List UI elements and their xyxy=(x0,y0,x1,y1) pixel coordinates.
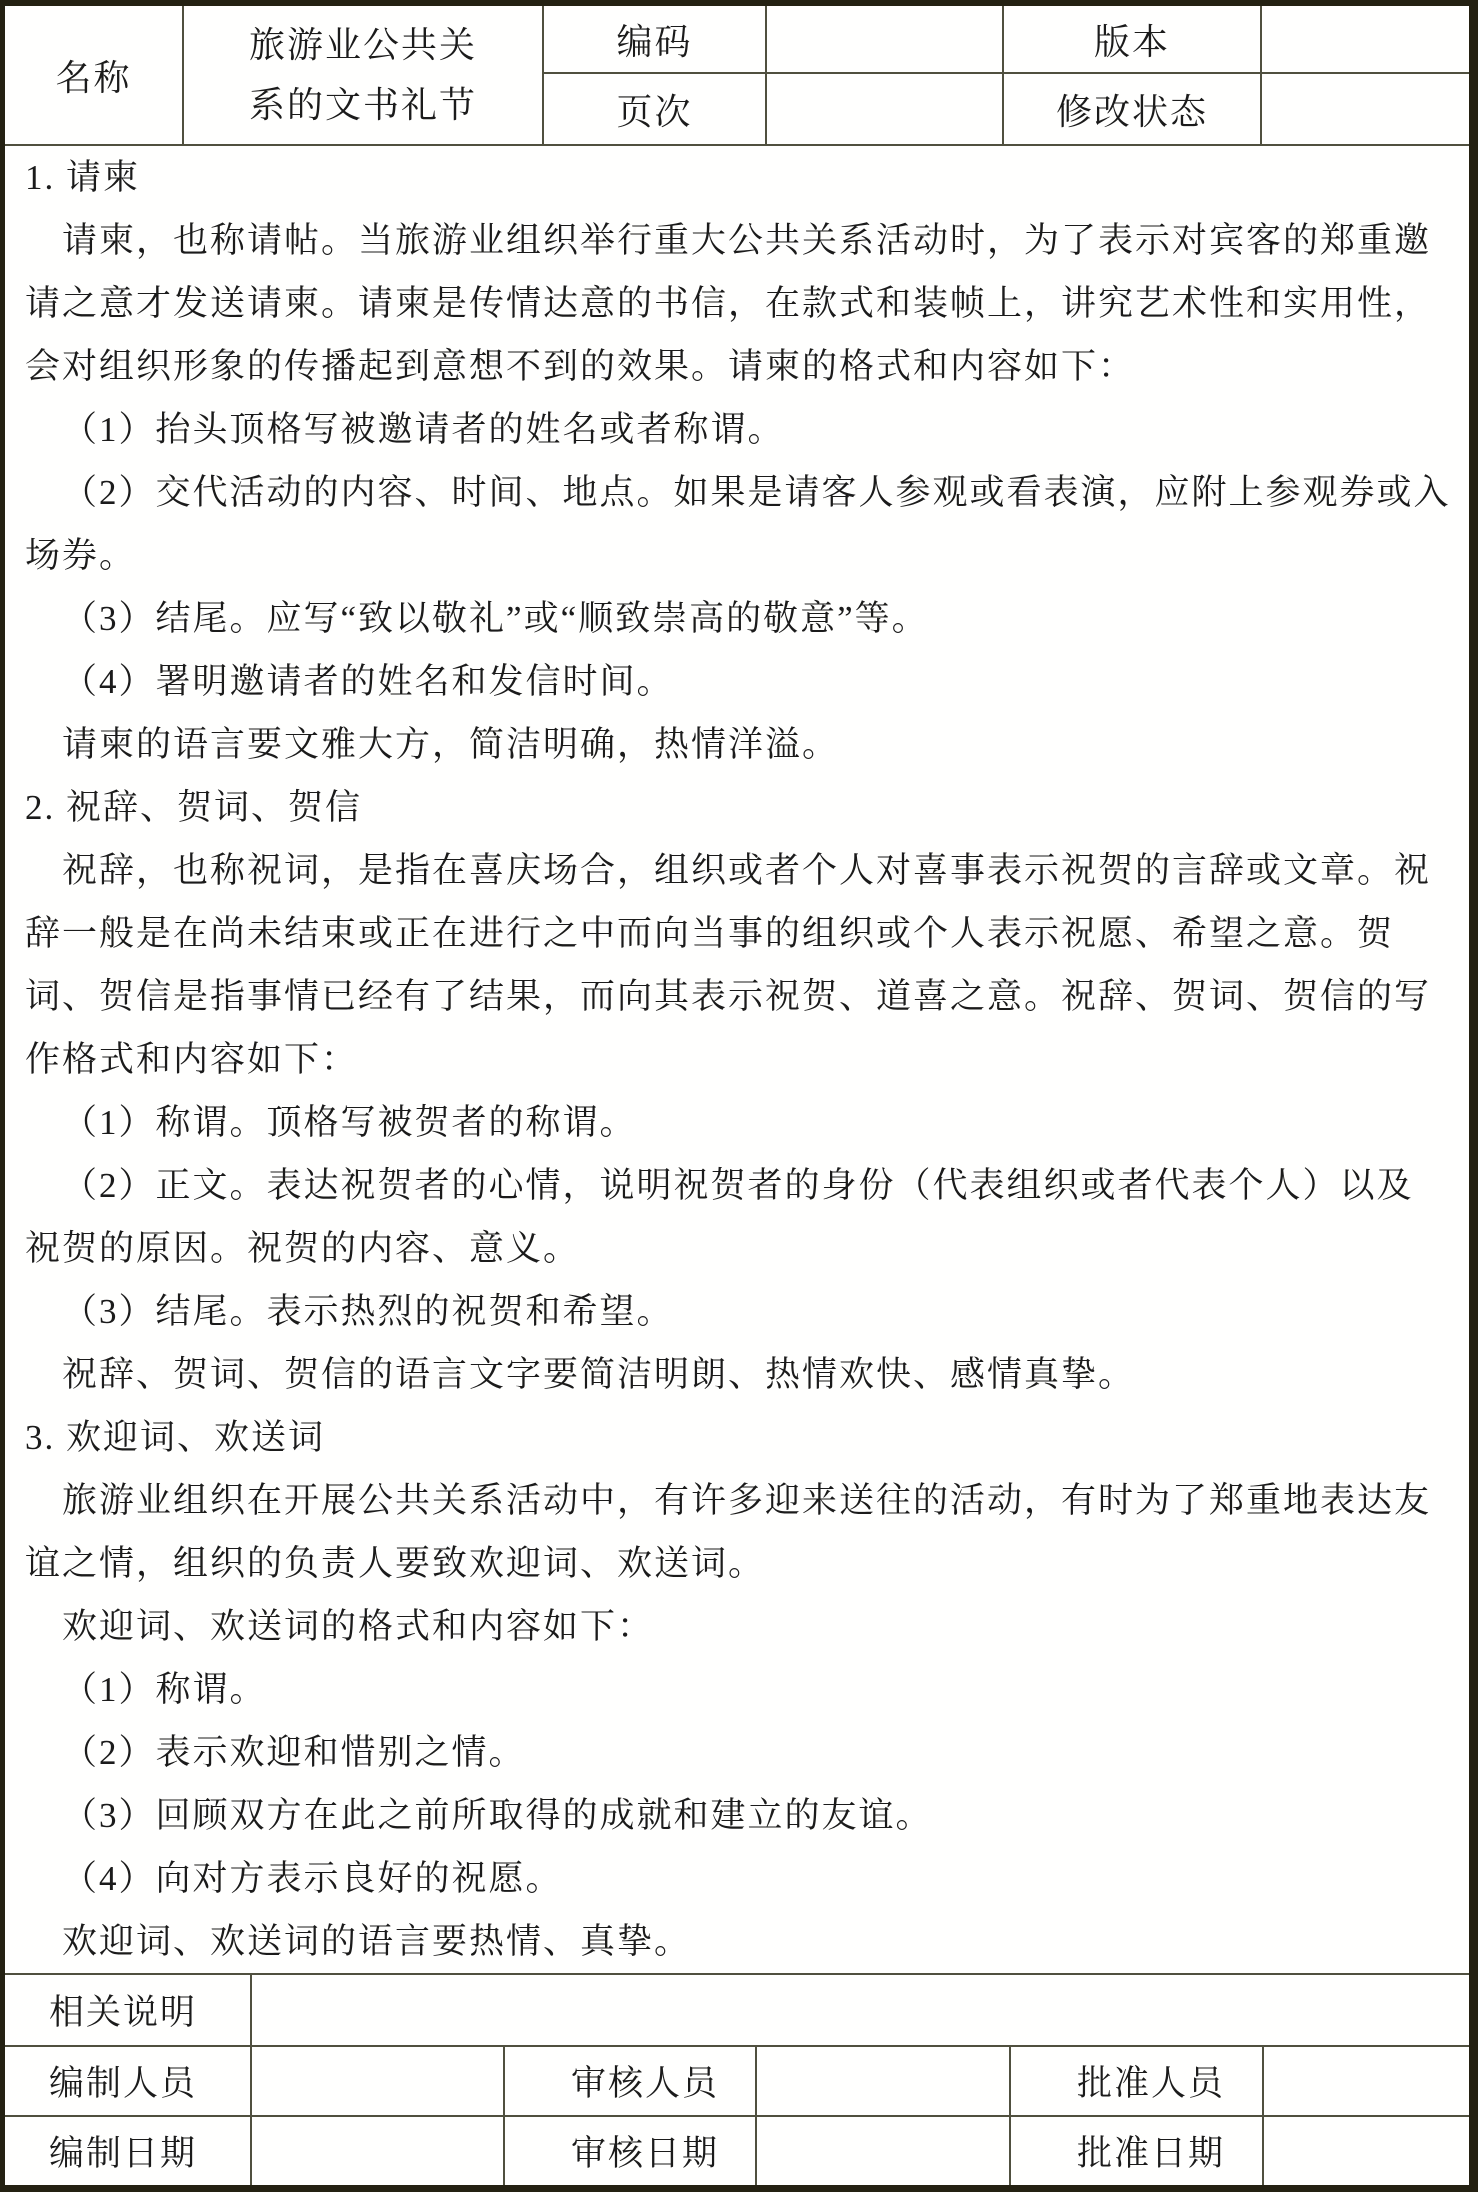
body-text-line: （2）表示欢迎和惜别之情。 xyxy=(25,1721,1455,1784)
body-text-line: 1. 请柬 xyxy=(25,146,1455,209)
body-text-line: 辞一般是在尚未结束或正在进行之中而向当事的组织或个人表示祝愿、希望之意。贺 xyxy=(25,902,1455,965)
body-text-line: 祝辞、贺词、贺信的语言文字要简洁明朗、热情欢快、感情真挚。 xyxy=(25,1343,1455,1406)
prepared-by-value-cell xyxy=(252,2045,505,2115)
body-text-line: 欢迎词、欢送词的语言要热情、真挚。 xyxy=(25,1910,1455,1973)
revision-value-cell xyxy=(1262,74,1469,146)
document-title-line2: 系的文书礼节 xyxy=(249,75,477,135)
body-text-line: （3）结尾。应写“致以敬礼”或“顺致崇高的敬意”等。 xyxy=(25,587,1455,650)
prepared-by-label-cell: 编制人员 xyxy=(5,2045,252,2115)
body-text-line: 旅游业组织在开展公共关系活动中，有许多迎来送往的活动，有时为了郑重地表达友 xyxy=(25,1469,1455,1532)
body-text-line: 2. 祝辞、贺词、贺信 xyxy=(25,776,1455,839)
body-text-line: （1）称谓。顶格写被贺者的称谓。 xyxy=(25,1091,1455,1154)
body-text-line: （3）回顾双方在此之前所取得的成就和建立的友谊。 xyxy=(25,1784,1455,1847)
approved-by-label-cell: 批准人员 xyxy=(1011,2045,1264,2115)
body-text-line: 场券。 xyxy=(25,524,1455,587)
body-text-line: 谊之情，组织的负责人要致欢迎词、欢送词。 xyxy=(25,1532,1455,1595)
personnel-row: 编制人员 审核人员 批准人员 xyxy=(5,2045,1469,2115)
document-table: 名称 旅游业公共关 系的文书礼节 编码 版本 页次 修改状态 1. 请柬请柬，也… xyxy=(5,6,1469,2185)
body-text-line: 3. 欢迎词、欢送词 xyxy=(25,1406,1455,1469)
body-text-line: （4）向对方表示良好的祝愿。 xyxy=(25,1847,1455,1910)
review-date-value-cell xyxy=(757,2115,1011,2185)
notes-value-cell xyxy=(252,1973,1469,2045)
prepared-date-label-cell: 编制日期 xyxy=(5,2115,252,2185)
review-date-label-cell: 审核日期 xyxy=(505,2115,757,2185)
document-title-cell: 旅游业公共关 系的文书礼节 xyxy=(184,6,544,146)
body-text-line: （2）交代活动的内容、时间、地点。如果是请客人参观或看表演，应附上参观券或入 xyxy=(25,461,1455,524)
scanned-document: { "header": { "name_label": "名称", "title… xyxy=(0,0,1478,2192)
code-label-cell: 编码 xyxy=(544,6,767,74)
body-text-line: 请柬，也称请帖。当旅游业组织举行重大公共关系活动时，为了表示对宾客的郑重邀 xyxy=(25,209,1455,272)
header-table: 名称 旅游业公共关 系的文书礼节 编码 版本 页次 修改状态 xyxy=(5,6,1469,146)
body-text-line: 请之意才发送请柬。请柬是传情达意的书信，在款式和装帧上，讲究艺术性和实用性， xyxy=(25,272,1455,335)
body-text-line: 祝辞，也称祝词，是指在喜庆场合，组织或者个人对喜事表示祝贺的言辞或文章。祝 xyxy=(25,839,1455,902)
body-text-line: 欢迎词、欢送词的格式和内容如下： xyxy=(25,1595,1455,1658)
notes-label-cell: 相关说明 xyxy=(5,1973,252,2045)
body-text-line: 祝贺的原因。祝贺的内容、意义。 xyxy=(25,1217,1455,1280)
body-text-line: （1）抬头顶格写被邀请者的姓名或者称谓。 xyxy=(25,398,1455,461)
notes-row: 相关说明 xyxy=(5,1973,1469,2045)
body-text-line: （4）署明邀请者的姓名和发信时间。 xyxy=(25,650,1455,713)
body-text-line: （2）正文。表达祝贺者的心情，说明祝贺者的身份（代表组织或者代表个人）以及 xyxy=(25,1154,1455,1217)
reviewed-by-value-cell xyxy=(757,2045,1011,2115)
approval-date-value-cell xyxy=(1264,2115,1469,2185)
version-value-cell xyxy=(1262,6,1469,74)
body-text-line: 词、贺信是指事情已经有了结果，而向其表示祝贺、道喜之意。祝辞、贺词、贺信的写 xyxy=(25,965,1455,1028)
page-value-cell xyxy=(767,74,1004,146)
body-text-line: （1）称谓。 xyxy=(25,1658,1455,1721)
body-text-line: （3）结尾。表示热烈的祝贺和希望。 xyxy=(25,1280,1455,1343)
version-label-cell: 版本 xyxy=(1004,6,1262,74)
body-text-line: 请柬的语言要文雅大方，简洁明确，热情洋溢。 xyxy=(25,713,1455,776)
revision-label-cell: 修改状态 xyxy=(1004,74,1262,146)
name-label-cell: 名称 xyxy=(5,6,184,146)
document-body: 1. 请柬请柬，也称请帖。当旅游业组织举行重大公共关系活动时，为了表示对宾客的郑… xyxy=(5,146,1469,1973)
approved-by-value-cell xyxy=(1264,2045,1469,2115)
page-label-cell: 页次 xyxy=(544,74,767,146)
body-text-line: 作格式和内容如下： xyxy=(25,1028,1455,1091)
document-title-line1: 旅游业公共关 xyxy=(249,15,477,75)
dates-row: 编制日期 审核日期 批准日期 xyxy=(5,2115,1469,2185)
reviewed-by-label-cell: 审核人员 xyxy=(505,2045,757,2115)
approval-date-label-cell: 批准日期 xyxy=(1011,2115,1264,2185)
body-text-line: 会对组织形象的传播起到意想不到的效果。请柬的格式和内容如下： xyxy=(25,335,1455,398)
code-value-cell xyxy=(767,6,1004,74)
prepared-date-value-cell xyxy=(252,2115,505,2185)
